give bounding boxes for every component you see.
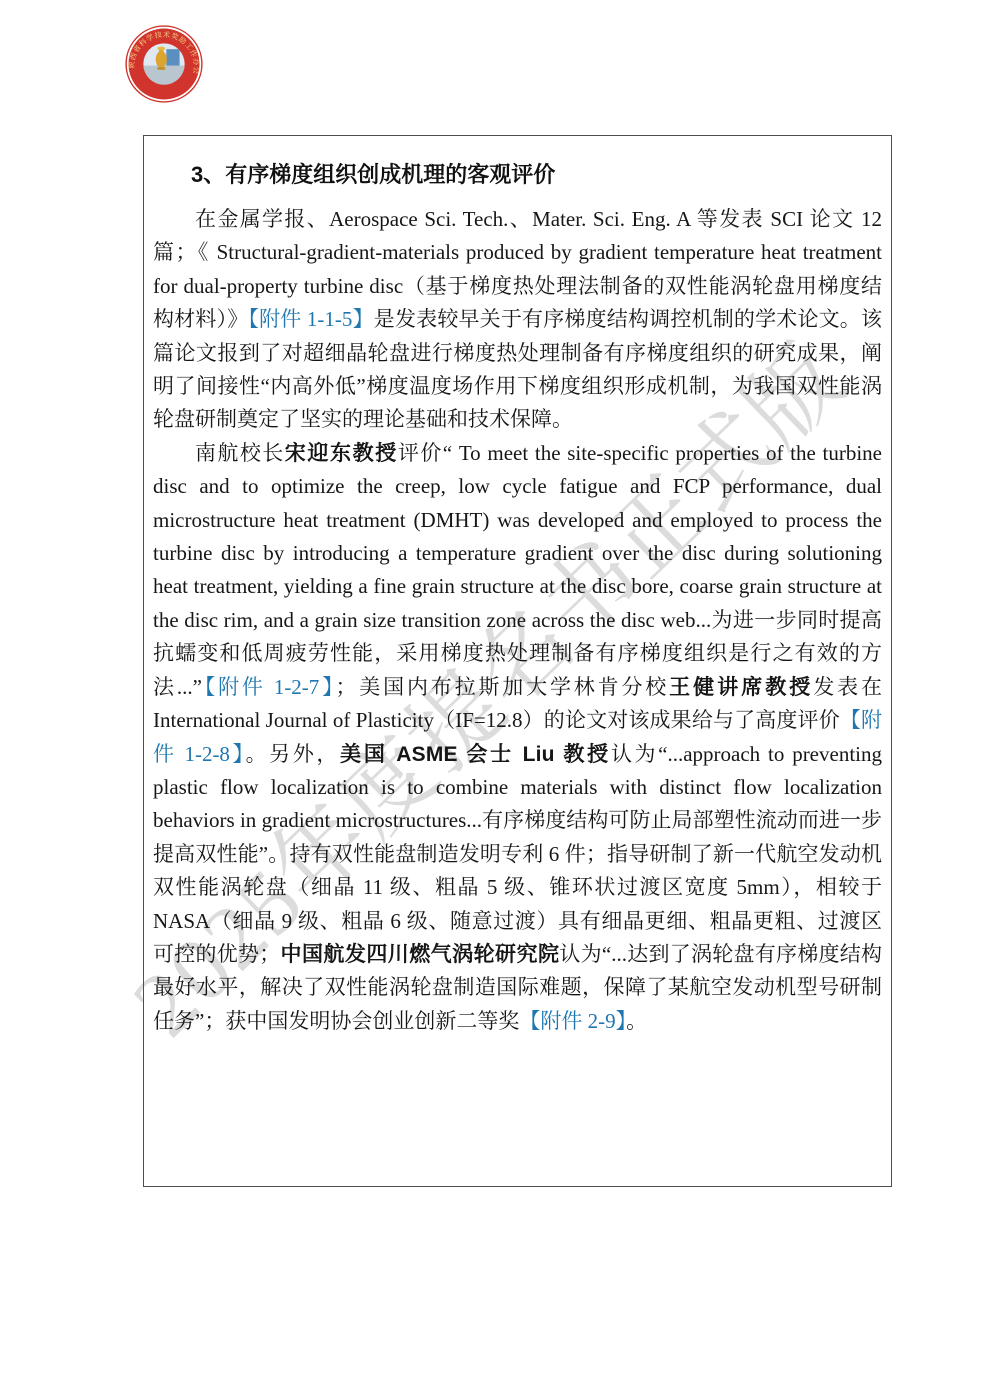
document-page: 2025年度提名书正式版 陕西省科学技术奖励工作办公室 3、有序梯度组织创成机理… — [0, 0, 990, 1399]
emphasized-name: 宋迎东教授 — [285, 442, 398, 465]
attachment-link[interactable]: 【附件 1-2-7】 — [202, 675, 336, 699]
emphasized-name: 王健讲席教授 — [669, 676, 813, 699]
building-icon — [166, 49, 179, 66]
emphasized-name: 美国 ASME 会士 Liu 教授 — [340, 743, 611, 766]
text-run: 。 — [626, 1009, 647, 1033]
content-table-cell: 3、有序梯度组织创成机理的客观评价 在金属学报、Aerospace Sci. T… — [143, 135, 892, 1187]
text-run: 认为“...approach to preventing plastic flo… — [153, 742, 882, 966]
paragraph-publications: 在金属学报、Aerospace Sci. Tech.、Mater. Sci. E… — [153, 203, 882, 437]
paragraph-evaluations: 南航校长宋迎东教授评价“ To meet the site-specific p… — [153, 437, 882, 1038]
text-run: 。另外， — [246, 742, 340, 766]
text-run: 南航校长 — [195, 441, 285, 465]
emphasized-name: 中国航发四川燃气涡轮研究院 — [280, 943, 559, 966]
text-run: ；美国内布拉斯加大学林肯分校 — [335, 675, 669, 699]
award-office-seal: 陕西省科学技术奖励工作办公室 — [125, 25, 203, 103]
attachment-link[interactable]: 【附件 2-9】 — [519, 1009, 626, 1033]
section-heading: 3、有序梯度组织创成机理的客观评价 — [191, 158, 882, 189]
attachment-link[interactable]: 【附件 1-1-5】 — [248, 307, 373, 331]
text-run: 评价“ To meet the site-specific properties… — [153, 441, 882, 699]
